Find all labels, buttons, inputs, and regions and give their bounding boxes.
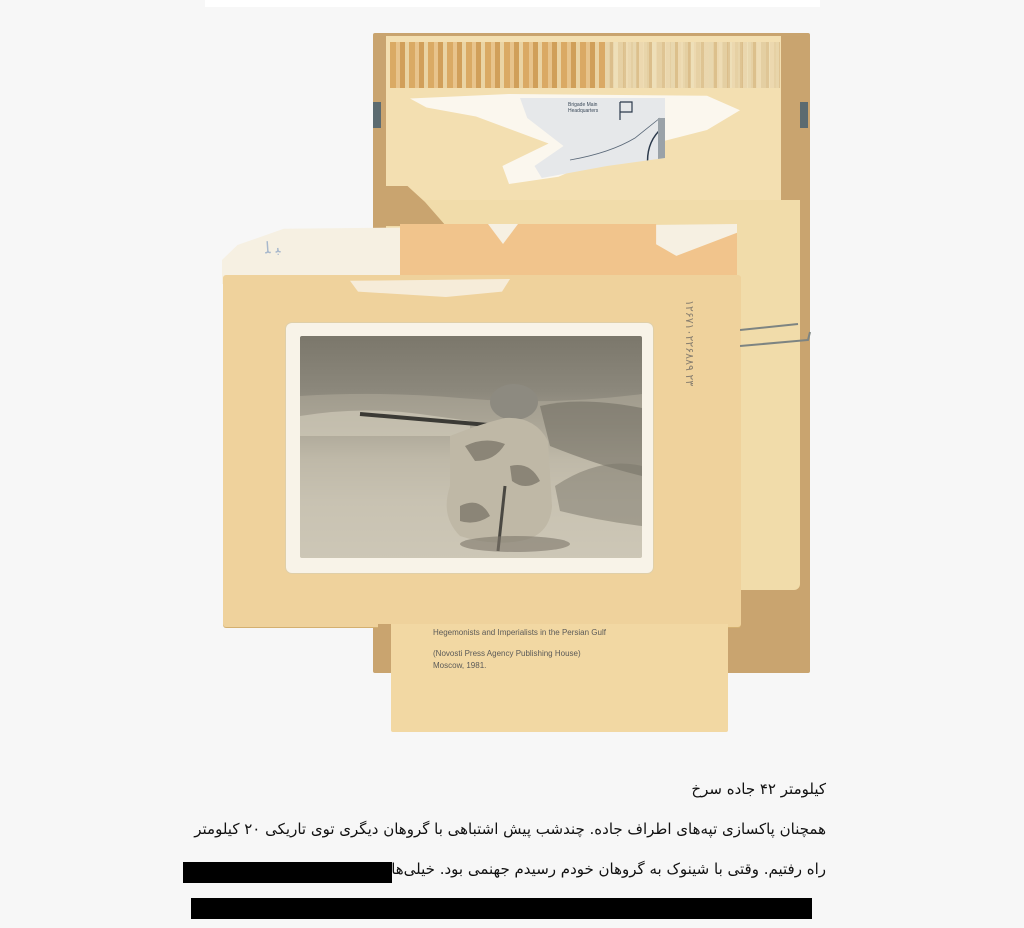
string-tie-icon [740,318,812,350]
caption-title: کیلومتر ۴۲ جاده سرخ [691,780,826,798]
binder-tab-right [800,102,808,128]
caption-line-1: همچنان پاکسازی تپه‌های اطراف جاده. چندشب… [194,820,826,838]
masking-tape-band [390,42,780,88]
collage-artwork: Brigade Main Headquarters ﺒ ﻠ [0,0,1024,760]
caption-line-2: راه رفتیم. وقتی با شینوک به گروهان خودم … [391,860,826,878]
redaction-bar [183,862,392,883]
soldier-silhouette-icon [300,336,642,558]
book-title-line: Hegemonists and Imperialists in the Pers… [433,628,606,637]
book-title-page: Hegemonists and Imperialists in the Pers… [391,624,728,732]
book-publisher-line: (Novosti Press Agency Publishing House) [433,649,581,658]
redaction-bar [191,898,812,919]
binder-tab-left [373,102,381,128]
margin-handwriting: ۱۲۶۷۱۰۲۲۶۸۸۹ ۲۳ [683,300,696,386]
pencil-mark: ﺒ ﻠ [264,237,281,257]
soldier-photograph [300,336,642,558]
book-place-year-line: Moscow, 1981. [433,661,486,670]
